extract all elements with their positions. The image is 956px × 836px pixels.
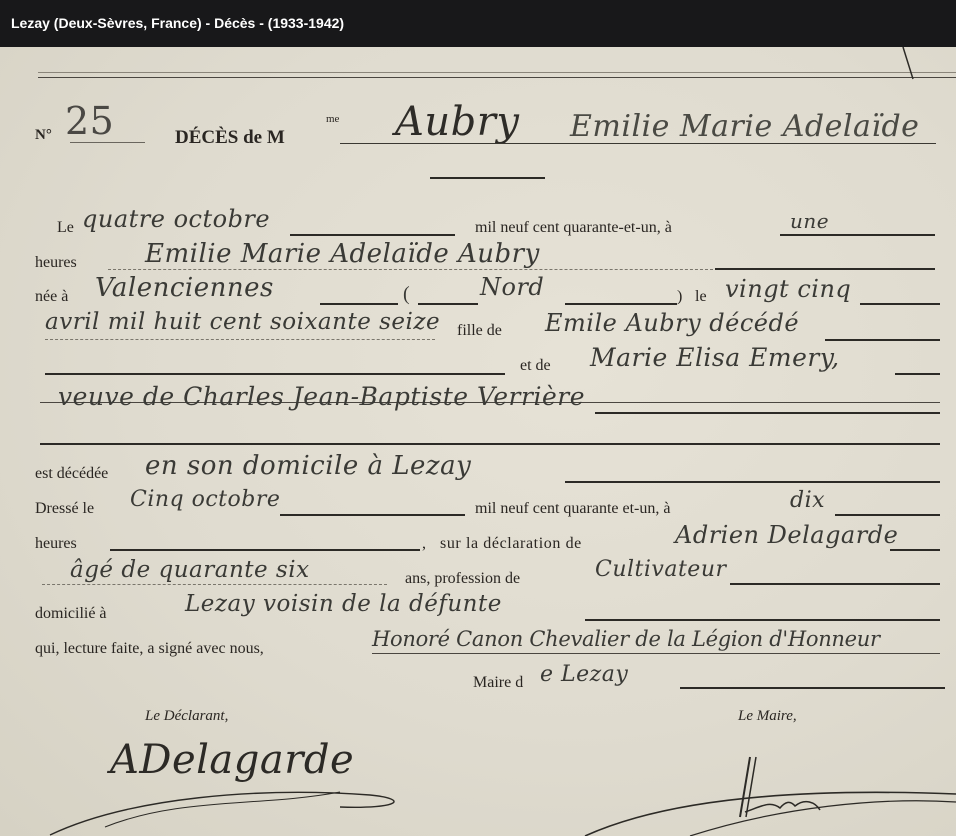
birth-year-value: avril mil huit cent soixante seize: [45, 309, 440, 335]
declarant-age-value: âgé de quarante six: [70, 557, 310, 583]
rule: [372, 653, 940, 654]
heading-superscript: me: [326, 113, 339, 125]
rule: [715, 268, 935, 270]
rule: [40, 443, 940, 445]
rule: [418, 303, 478, 305]
label-declaration-de: sur la déclaration de: [440, 535, 582, 553]
rule: [45, 339, 435, 340]
rule: [42, 584, 387, 585]
number-label: N°: [35, 127, 52, 144]
declarant-signature-flourish-icon: [40, 767, 440, 836]
rule: [565, 481, 940, 483]
mayor-signature-icon: [580, 752, 956, 836]
given-names: Emilie Marie Adelaïde: [570, 109, 919, 144]
top-rule: [38, 72, 956, 73]
declarant-label: Le Déclarant,: [145, 708, 228, 725]
father-value: Emile Aubry décédé: [545, 309, 799, 337]
rule: [595, 412, 940, 414]
widow-of-value: veuve de Charles Jean-Baptiste Verrière: [58, 382, 585, 411]
top-rule-2: [38, 77, 956, 78]
profession-value: Cultivateur: [595, 557, 727, 582]
rule: [290, 234, 455, 236]
mayor-label: Le Maire,: [738, 708, 797, 725]
rule: [108, 269, 713, 270]
pen-stroke-icon: [895, 47, 925, 82]
birth-day-value: vingt cinq: [725, 275, 851, 303]
surname: Aubry: [395, 99, 519, 145]
rule: [895, 373, 940, 375]
death-record-document: N° 25 DÉCÈS de M me Aubry Emilie Marie A…: [0, 47, 956, 836]
rule: [680, 687, 945, 689]
label-heures-2: heures: [35, 535, 77, 553]
rule: [860, 303, 940, 305]
rule: [280, 514, 465, 516]
surname-underline: [430, 177, 545, 179]
rule: [835, 514, 940, 516]
label-heures: heures: [35, 254, 77, 272]
declarant-residence-value: Lezay voisin de la défunte: [185, 591, 502, 617]
mayor-name-value: Honoré Canon Chevalier de la Légion d'Ho…: [372, 627, 880, 651]
label-fille-de: fille de: [457, 322, 502, 340]
window-title: Lezay (Deux-Sèvres, France) - Décès - (1…: [11, 15, 344, 31]
window-title-bar: Lezay (Deux-Sèvres, France) - Décès - (1…: [0, 0, 956, 47]
label-et-de: et de: [520, 357, 551, 375]
label-le: Le: [57, 219, 74, 237]
paren-open: (: [403, 283, 410, 306]
header-underline: [340, 143, 936, 144]
rule: [565, 303, 677, 305]
paren-close: ): [677, 288, 682, 306]
label-lecture-faite: qui, lecture faite, a signé avec nous,: [35, 640, 264, 658]
rule: [730, 583, 940, 585]
birthplace-value: Valenciennes: [95, 273, 274, 303]
mother-value: Marie Elisa Emery,: [590, 343, 840, 372]
record-heading: DÉCÈS de M: [175, 127, 285, 149]
label-year-1941: mil neuf cent quarante-et-un, à: [475, 219, 672, 237]
declarant-name-value: Adrien Delagarde: [675, 521, 898, 549]
rule: [320, 303, 398, 305]
label-est-decedee: est décédée: [35, 465, 108, 483]
record-date-value: Cinq octobre: [130, 487, 280, 512]
label-maire-de: Maire d: [473, 674, 523, 692]
label-le-birth: le: [695, 288, 707, 306]
number-underline: [70, 142, 145, 143]
record-number: 25: [65, 99, 114, 143]
label-dresse-le: Dressé le: [35, 500, 94, 518]
rule: [110, 549, 420, 551]
label-domicilie-a: domicilié à: [35, 605, 107, 623]
rule: [825, 339, 940, 341]
rule: [45, 373, 505, 375]
department-value: Nord: [480, 273, 544, 301]
label-profession: ans, profession de: [405, 570, 520, 588]
rule: [890, 549, 940, 551]
place-of-death-value: en son domicile à Lezay: [145, 451, 471, 481]
hour-value: une: [790, 209, 829, 233]
comma: ,: [422, 535, 426, 553]
rule: [780, 234, 935, 236]
death-date-value: quatre octobre: [82, 205, 270, 233]
record-hour-value: dix: [790, 488, 825, 513]
commune-value: e Lezay: [540, 662, 628, 687]
rule: [585, 619, 940, 621]
deceased-full-name: Emilie Marie Adelaïde Aubry: [145, 239, 540, 269]
label-nee-a: née à: [35, 288, 68, 306]
label-year-1941-b: mil neuf cent quarante et-un, à: [475, 500, 670, 518]
